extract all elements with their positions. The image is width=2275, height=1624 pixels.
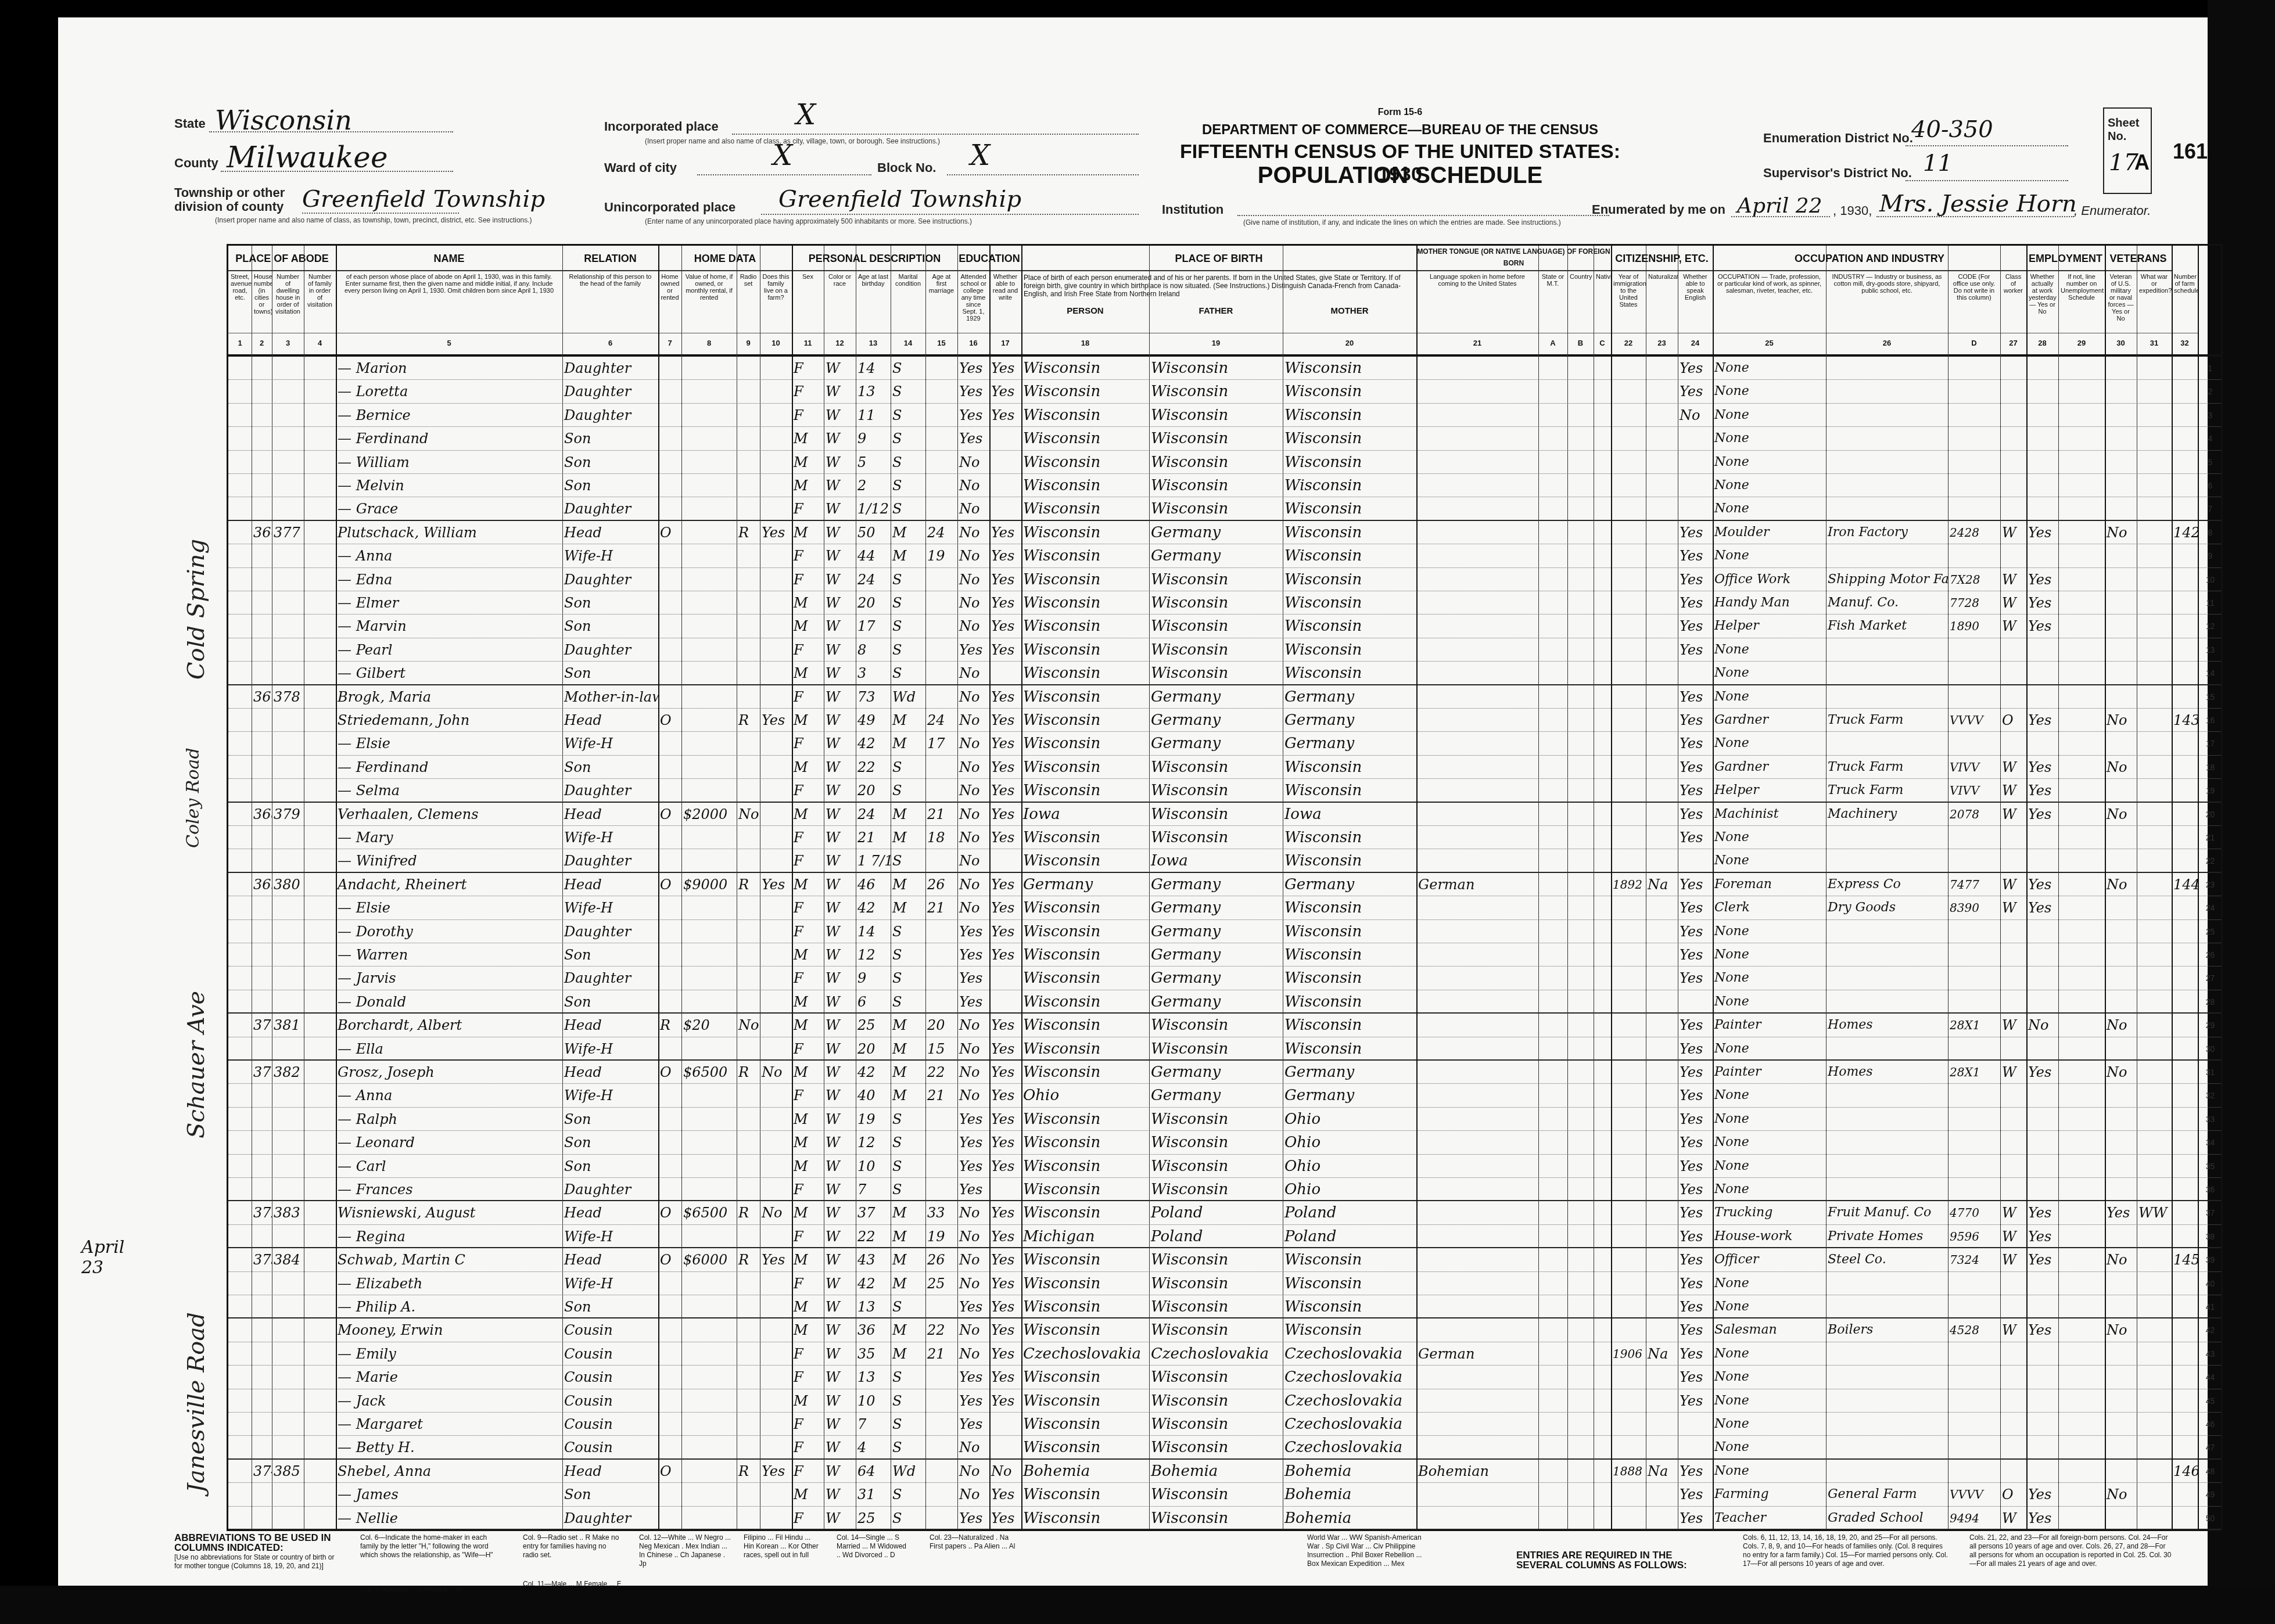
cell-name: — James (336, 1483, 562, 1506)
cell-agem (925, 920, 957, 943)
cell-age: 42 (856, 1272, 891, 1295)
table-row: — AnnaWife-HFW40M21NoYesOhioGermanyGerma… (228, 1084, 2221, 1107)
cell-imm (1611, 803, 1646, 825)
cell-work (2026, 1436, 2058, 1458)
cell-occ: None (1713, 1389, 1826, 1412)
cell-house (252, 568, 272, 591)
cell-farm (760, 591, 792, 614)
line-number: 43 (2198, 1342, 2221, 1365)
cell-bp: Wisconsin (1021, 779, 1149, 801)
cell-agem: 21 (925, 803, 957, 825)
cell-name: — Marvin (336, 615, 562, 637)
cell-farm (760, 1413, 792, 1435)
cell-lang (1416, 404, 1538, 426)
cell-radio: R (737, 1061, 760, 1083)
cell-farm (760, 1318, 792, 1341)
cell-age: 5 (856, 451, 891, 473)
cell-eng: Yes (1678, 544, 1713, 567)
cell-house: 368 (252, 803, 272, 825)
cell-race: W (824, 1366, 856, 1388)
cell-own (658, 732, 681, 754)
cell-imm (1611, 1108, 1646, 1130)
cell-cls (2000, 849, 2026, 871)
cell-own: O (658, 1248, 681, 1271)
table-row: — NellieDaughterFW25SYesYesWisconsinWisc… (228, 1507, 2221, 1530)
cell-farm (760, 404, 792, 426)
cell-dwell: 381 (272, 1014, 304, 1036)
line-number: 1 (2198, 357, 2221, 379)
cell-mar: S (891, 474, 925, 497)
cell-own (658, 474, 681, 497)
cell-sex: M (792, 873, 824, 896)
cell-fam (304, 1483, 336, 1506)
table-row: — ElizabethWife-HFW42M25NoYesWisconsinWi… (228, 1272, 2221, 1295)
cell-mar: M (891, 896, 925, 919)
cell-code (1948, 357, 2000, 379)
cell-cls (2000, 990, 2026, 1012)
cell-bpm: Wisconsin (1283, 967, 1416, 989)
cell-lang (1416, 1201, 1538, 1224)
cell-work (2026, 920, 2058, 943)
form-number: Form 15-6 (1162, 107, 1638, 118)
cell-farmno (2172, 1272, 2198, 1295)
cell-rel: Wife-H (562, 1272, 658, 1295)
cell-read: Yes (989, 685, 1021, 708)
cell-race: W (824, 1318, 856, 1341)
cell-radio (737, 1366, 760, 1388)
cell-read: Yes (989, 380, 1021, 403)
cell-work: Yes (2026, 1225, 2058, 1247)
cell-race: W (824, 1131, 856, 1154)
cell-nat: Na (1646, 1342, 1678, 1365)
cell-farm (760, 357, 792, 379)
cell-fam (304, 803, 336, 825)
cell-read: Yes (989, 1131, 1021, 1154)
enumerator-name: Mrs. Jessie Horn (1879, 191, 2077, 217)
cell-rel: Daughter (562, 849, 658, 871)
cell-eng: Yes (1678, 873, 1713, 896)
cell-rel: Daughter (562, 638, 658, 661)
abbrev-note: [Use no abbreviations for State or count… (174, 1553, 334, 1570)
group-header-name: NAME (336, 246, 562, 271)
table-row: — GraceDaughterFW1/12SNoWisconsinWiscons… (228, 497, 2221, 520)
cell-war (2137, 779, 2172, 801)
cell-vet: Yes (2105, 1201, 2137, 1224)
cell-farm (760, 1084, 792, 1106)
cell-eng: Yes (1678, 1389, 1713, 1412)
cell-work (2026, 404, 2058, 426)
cell-bp: Wisconsin (1021, 404, 1149, 426)
cell-nat (1646, 779, 1678, 801)
cell-ind (1826, 990, 1948, 1012)
cell-radio (737, 1272, 760, 1295)
cell-race: W (824, 1037, 856, 1059)
cell-name: — Ferdinand (336, 427, 562, 450)
cell-dwell (272, 662, 304, 684)
cell-sch: Yes (957, 1389, 989, 1412)
column-header-bpf: FATHER (1149, 304, 1283, 333)
cell-bpf: Wisconsin (1149, 756, 1283, 778)
cell-bpm: Bohemia (1283, 1483, 1416, 1506)
cell-bpf: Germany (1149, 732, 1283, 754)
cell-bpf: Wisconsin (1149, 1108, 1283, 1130)
footer-col7: Col. 7—Owned ... O Rented ... R (360, 1586, 494, 1594)
cell-farm (760, 544, 792, 567)
cell-code: VIVV (1948, 756, 2000, 778)
cell-rel: Head (562, 1201, 658, 1224)
cell-radio (737, 967, 760, 989)
cell-work: Yes (2026, 1061, 2058, 1083)
column-number: 26 (1826, 333, 1948, 352)
cell-ind (1826, 1037, 1948, 1059)
ward-value: X (773, 139, 792, 172)
cell-bpf: Wisconsin (1149, 1436, 1283, 1458)
cell-farm (760, 1342, 792, 1365)
cell-fam (304, 1225, 336, 1247)
block-value: X (970, 139, 990, 172)
cell-sch: Yes (957, 380, 989, 403)
cell-nat (1646, 967, 1678, 989)
cell-bpf: Germany (1149, 1061, 1283, 1083)
column-header-mar: Marital condition (891, 271, 925, 333)
cell-house (252, 1084, 272, 1106)
column-header-c: Nativity (1594, 271, 1611, 333)
cell-farm (760, 967, 792, 989)
cell-radio: R (737, 1201, 760, 1224)
cell-sex: F (792, 685, 824, 708)
cell-bpf: Germany (1149, 1084, 1283, 1106)
cell-cls (2000, 1108, 2026, 1130)
cell-radio (737, 544, 760, 567)
cell-imm (1611, 1366, 1646, 1388)
cell-vet (2105, 1507, 2137, 1529)
cell-code: 7X28 (1948, 568, 2000, 591)
cell-read: Yes (989, 709, 1021, 731)
cell-farmno (2172, 1507, 2198, 1529)
cell-bpf: Wisconsin (1149, 474, 1283, 497)
column-header-sex: Sex (792, 271, 824, 333)
cell-agem (925, 474, 957, 497)
cell-house (252, 896, 272, 919)
cell-age: 1/12 (856, 497, 891, 519)
cell-rel: Head (562, 709, 658, 731)
cell-lang (1416, 709, 1538, 731)
cell-code: VVVV (1948, 709, 2000, 731)
column-number: 11 (792, 333, 824, 352)
cell-work (2026, 1178, 2058, 1200)
cell-agem (925, 1507, 957, 1529)
column-header-farm: Does this family live on a farm? (760, 271, 792, 333)
cell-farmno (2172, 896, 2198, 919)
cell-eng: Yes (1678, 1108, 1713, 1130)
cell-lang (1416, 357, 1538, 379)
table-row: — RalphSonMW19SYesYesWisconsinWisconsinO… (228, 1108, 2221, 1131)
cell-name: — Bernice (336, 404, 562, 426)
cell-race: W (824, 990, 856, 1012)
cell-nat (1646, 1507, 1678, 1529)
cell-ind: Fish Market (1826, 615, 1948, 637)
side-note-street-4: Janesville Road (183, 1312, 210, 1493)
cell-ind (1826, 1389, 1948, 1412)
cell-sex: M (792, 1108, 824, 1130)
cell-cls (2000, 920, 2026, 943)
line-number: 20 (2198, 803, 2221, 825)
cell-house: 367 (252, 685, 272, 708)
cell-vet (2105, 1413, 2137, 1435)
cell-nat (1646, 1389, 1678, 1412)
cell-occ: Helper (1713, 779, 1826, 801)
cell-bp: Wisconsin (1021, 497, 1149, 519)
cell-radio: R (737, 1248, 760, 1271)
cell-nat (1646, 544, 1678, 567)
table-row: — MargaretCousinFW7SYesWisconsinWisconsi… (228, 1413, 2221, 1436)
cell-agem (925, 568, 957, 591)
cell-cls: W (2000, 779, 2026, 801)
cell-bpm: Czechoslovakia (1283, 1366, 1416, 1388)
cell-age: 13 (856, 1366, 891, 1388)
cell-name: — Ferdinand (336, 756, 562, 778)
cell-name: — Gilbert (336, 662, 562, 684)
column-header-occ: OCCUPATION — Trade, profession, or parti… (1713, 271, 1826, 333)
cell-val (681, 849, 737, 871)
cell-age: 12 (856, 943, 891, 966)
cell-vet: No (2105, 709, 2137, 731)
cell-ind (1826, 826, 1948, 849)
cell-dwell (272, 1155, 304, 1177)
cell-sch: No (957, 1483, 989, 1506)
cell-vet (2105, 404, 2137, 426)
cell-rel: Wife-H (562, 826, 658, 849)
cell-mar: S (891, 1507, 925, 1529)
cell-bpf: Bohemia (1149, 1460, 1283, 1482)
cell-read: Yes (989, 1272, 1021, 1295)
cell-bpf: Poland (1149, 1225, 1283, 1247)
cell-lang (1416, 638, 1538, 661)
cell-race: W (824, 1295, 856, 1317)
cell-bp: Czechoslovakia (1021, 1342, 1149, 1365)
cell-house (252, 1272, 272, 1295)
cell-vet (2105, 849, 2137, 871)
cell-own (658, 568, 681, 591)
cell-nat (1646, 1108, 1678, 1130)
cell-house (252, 756, 272, 778)
cell-vet: No (2105, 803, 2137, 825)
cell-lang (1416, 896, 1538, 919)
cell-lang (1416, 1507, 1538, 1529)
cell-work (2026, 427, 2058, 450)
cell-work (2026, 1131, 2058, 1154)
cell-war (2137, 497, 2172, 519)
cell-read (989, 451, 1021, 473)
cell-house: 369 (252, 873, 272, 896)
cell-own (658, 1108, 681, 1130)
cell-war (2137, 756, 2172, 778)
census-sheet: Form 15-6 DEPARTMENT OF COMMERCE—BUREAU … (58, 17, 2208, 1586)
cell-cls: W (2000, 803, 2026, 825)
cell-house (252, 920, 272, 943)
cell-bpm: Wisconsin (1283, 591, 1416, 614)
cell-bpm: Bohemia (1283, 1460, 1416, 1482)
cell-cls: W (2000, 615, 2026, 637)
cell-rel: Head (562, 1014, 658, 1036)
cell-dwell (272, 756, 304, 778)
cell-own (658, 1131, 681, 1154)
cell-agem (925, 1155, 957, 1177)
cell-nat (1646, 896, 1678, 919)
group-header-employment: EMPLOYMENT (2026, 246, 2105, 271)
cell-val (681, 826, 737, 849)
cell-agem: 22 (925, 1318, 957, 1341)
line-number: 14 (2198, 662, 2221, 684)
cell-agem (925, 1436, 957, 1458)
cell-vet (2105, 1389, 2137, 1412)
line-number: 32 (2198, 1084, 2221, 1106)
cell-house (252, 943, 272, 966)
column-divider (737, 246, 737, 1529)
cell-imm (1611, 1436, 1646, 1458)
column-header-bp: PERSON (1021, 304, 1149, 333)
column-divider (304, 246, 304, 1529)
cell-read: Yes (989, 1318, 1021, 1341)
cell-race: W (824, 544, 856, 567)
cell-occ: None (1713, 1460, 1826, 1482)
cell-fam (304, 1108, 336, 1130)
cell-age: 6 (856, 990, 891, 1012)
line-number: 19 (2198, 779, 2221, 801)
cell-eng: Yes (1678, 1014, 1713, 1036)
cell-radio (737, 920, 760, 943)
cell-own (658, 896, 681, 919)
cell-cls (2000, 685, 2026, 708)
cell-cls (2000, 826, 2026, 849)
cell-eng (1678, 1436, 1713, 1458)
cell-val (681, 380, 737, 403)
cell-occ: Handy Man (1713, 591, 1826, 614)
cell-name: Verhaalen, Clemens (336, 803, 562, 825)
column-number: 17 (989, 333, 1021, 352)
cell-name: — Selma (336, 779, 562, 801)
cell-race: W (824, 380, 856, 403)
cell-rel: Wife-H (562, 1037, 658, 1059)
cell-read: Yes (989, 803, 1021, 825)
cell-imm (1611, 685, 1646, 708)
cell-agem (925, 1483, 957, 1506)
cell-ind (1826, 1460, 1948, 1482)
cell-race: W (824, 896, 856, 919)
cell-own (658, 1272, 681, 1295)
cell-radio (737, 568, 760, 591)
cell-radio (737, 1131, 760, 1154)
enumerator-label: , Enumerator. (2074, 203, 2151, 218)
cell-bpf: Germany (1149, 873, 1283, 896)
cell-nat (1646, 943, 1678, 966)
cell-val (681, 1389, 737, 1412)
cell-race: W (824, 521, 856, 544)
column-header-dwell: Number of dwelling house in order of vis… (272, 271, 304, 333)
cell-nat (1646, 1084, 1678, 1106)
cell-code (1948, 1131, 2000, 1154)
cell-dwell (272, 990, 304, 1012)
cell-occ: Gardner (1713, 756, 1826, 778)
cell-vet (2105, 1295, 2137, 1317)
cell-sch: No (957, 1225, 989, 1247)
cell-sch: Yes (957, 943, 989, 966)
cell-sch: Yes (957, 1413, 989, 1435)
column-header-unemp: If not, line number on Unemployment Sche… (2058, 271, 2105, 333)
cell-occ: None (1713, 662, 1826, 684)
cell-sex: F (792, 404, 824, 426)
cell-mar: S (891, 920, 925, 943)
cell-code (1948, 474, 2000, 497)
cell-eng: Yes (1678, 732, 1713, 754)
cell-vet (2105, 1178, 2137, 1200)
cell-sch: Yes (957, 1295, 989, 1317)
column-divider (2026, 246, 2028, 1529)
cell-dwell: 385 (272, 1460, 304, 1482)
cell-farmno: 143 (2172, 709, 2198, 731)
footer-col9: Col. 9—Radio set .. R Make no entry for … (523, 1533, 622, 1560)
cell-agem (925, 990, 957, 1012)
cell-rel: Daughter (562, 779, 658, 801)
cell-code: 9494 (1948, 1507, 2000, 1529)
cell-read: Yes (989, 1507, 1021, 1529)
cell-vet: No (2105, 873, 2137, 896)
cell-dwell (272, 404, 304, 426)
cell-lang (1416, 920, 1538, 943)
cell-bpm: Wisconsin (1283, 1295, 1416, 1317)
cell-farm (760, 779, 792, 801)
line-number: 25 (2198, 920, 2221, 943)
column-header-vet: Veteran of U.S. military or naval forces… (2105, 271, 2137, 333)
cell-own (658, 1389, 681, 1412)
cell-own: O (658, 873, 681, 896)
cell-sch: No (957, 732, 989, 754)
table-row: — FerdinandSonMW22SNoYesWisconsinWiscons… (228, 756, 2221, 779)
table-row: — FrancesDaughterFW7SYesWisconsinWiscons… (228, 1178, 2221, 1201)
cell-eng: Yes (1678, 943, 1713, 966)
cell-sch: No (957, 1201, 989, 1224)
cell-dwell (272, 1413, 304, 1435)
cell-occ: None (1713, 732, 1826, 754)
cell-name: — Melvin (336, 474, 562, 497)
cell-vet: No (2105, 1014, 2137, 1036)
cell-bpf: Germany (1149, 685, 1283, 708)
cell-age: 42 (856, 1061, 891, 1083)
group-header-tongue: MOTHER TONGUE (OR NATIVE LANGUAGE) OF FO… (1416, 246, 1611, 271)
cell-work (2026, 1366, 2058, 1388)
column-header-name: of each person whose place of abode on A… (336, 271, 562, 333)
cell-cls: W (2000, 1014, 2026, 1036)
line-number: 21 (2198, 826, 2221, 849)
cell-cls: W (2000, 1061, 2026, 1083)
cell-occ: None (1713, 1272, 1826, 1295)
cell-sex: F (792, 967, 824, 989)
cell-house (252, 404, 272, 426)
cell-sex: F (792, 1413, 824, 1435)
cell-name: — Margaret (336, 1413, 562, 1435)
cell-code: 8390 (1948, 896, 2000, 919)
cell-farmno (2172, 544, 2198, 567)
cell-dwell (272, 943, 304, 966)
cell-imm (1611, 1295, 1646, 1317)
cell-eng: Yes (1678, 920, 1713, 943)
cell-bpm: Germany (1283, 873, 1416, 896)
cell-imm (1611, 779, 1646, 801)
cell-val (681, 1178, 737, 1200)
cell-own (658, 1084, 681, 1106)
cell-mar: M (891, 1272, 925, 1295)
cell-house (252, 1389, 272, 1412)
